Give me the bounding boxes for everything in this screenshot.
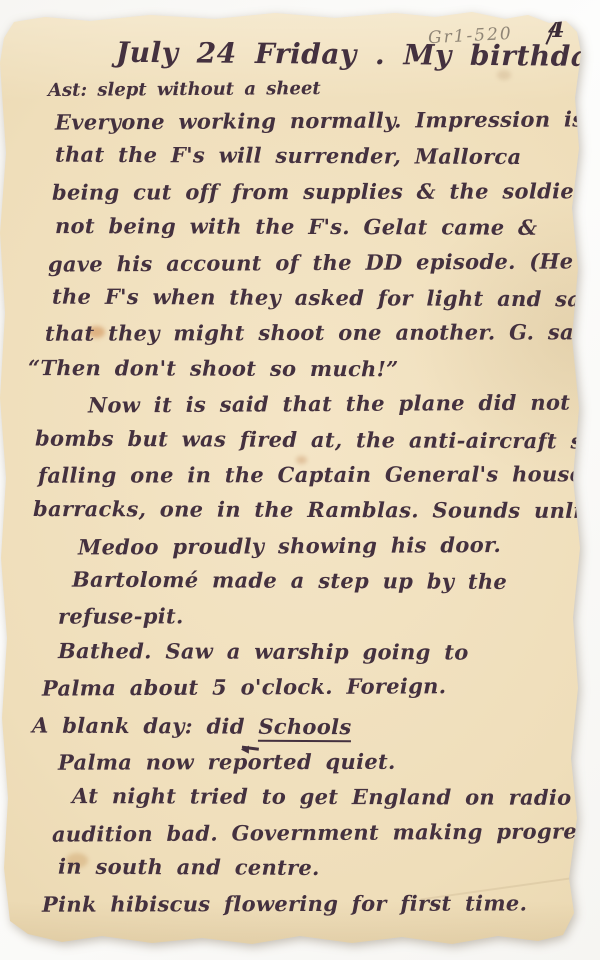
diary-line: in south and centre. <box>58 854 586 892</box>
entry-title: July 24 Friday . My birthday . <box>116 36 600 74</box>
diary-line: Pink hibiscus flowering for first time. <box>42 890 586 927</box>
diary-line: A blank day: did Schools <box>32 712 586 750</box>
diary-line: Medoo proudly showing his door. <box>78 531 586 569</box>
diary-line: barracks, one in the Ramblas. Sounds unl… <box>33 496 586 533</box>
diary-paper: Gr1-520 4 July 24 Friday . My birthday .… <box>0 8 586 948</box>
diary-line: falling one in the Captain General's hou… <box>38 461 586 498</box>
diary-line: At night tried to get England on radio b… <box>72 784 586 821</box>
diary-line: Now it is said that the plane did not dr… <box>88 390 586 428</box>
entry-subtitle: Ast: slept without a sheet <box>48 78 321 101</box>
diary-line: Bathed. Saw a warship going to <box>58 638 586 675</box>
line-text: A blank day: did <box>32 712 258 738</box>
diary-line: Palma about 5 o'clock. Foreign. <box>42 673 586 712</box>
scanned-page: Gr1-520 4 July 24 Friday . My birthday .… <box>0 0 600 960</box>
diary-line: Palma now reported quiet. <box>58 748 586 785</box>
diary-line: “Then don't shoot so much!” <box>28 355 586 392</box>
diary-line: refuse-pit. <box>58 603 586 640</box>
entry-body: Everyone working normally. Impression is… <box>0 108 586 926</box>
paper-shadow: Gr1-520 4 July 24 Friday . My birthday .… <box>0 0 600 960</box>
underlined-word: Schools <box>258 713 351 741</box>
diary-line: audition bad. Government making progress <box>52 818 586 857</box>
diary-line: that they might shoot one another. G. sa… <box>45 320 586 357</box>
diary-line: gave his account of the DD episode. (He … <box>48 248 586 287</box>
diary-line: Everyone working normally. Impression is <box>55 106 586 145</box>
diary-line: Bartolomé made a step up by the <box>72 567 586 605</box>
diary-line: the F's when they asked for light and sa… <box>52 284 586 322</box>
diary-line: bombs but was fired at, the anti-aircraf… <box>35 425 586 463</box>
diary-line: not being with the F's. Gelat came & <box>55 213 586 250</box>
diary-line: that the F's will surrender, Mallorca <box>55 142 586 180</box>
diary-line: being cut off from supplies & the soldie… <box>52 178 586 215</box>
